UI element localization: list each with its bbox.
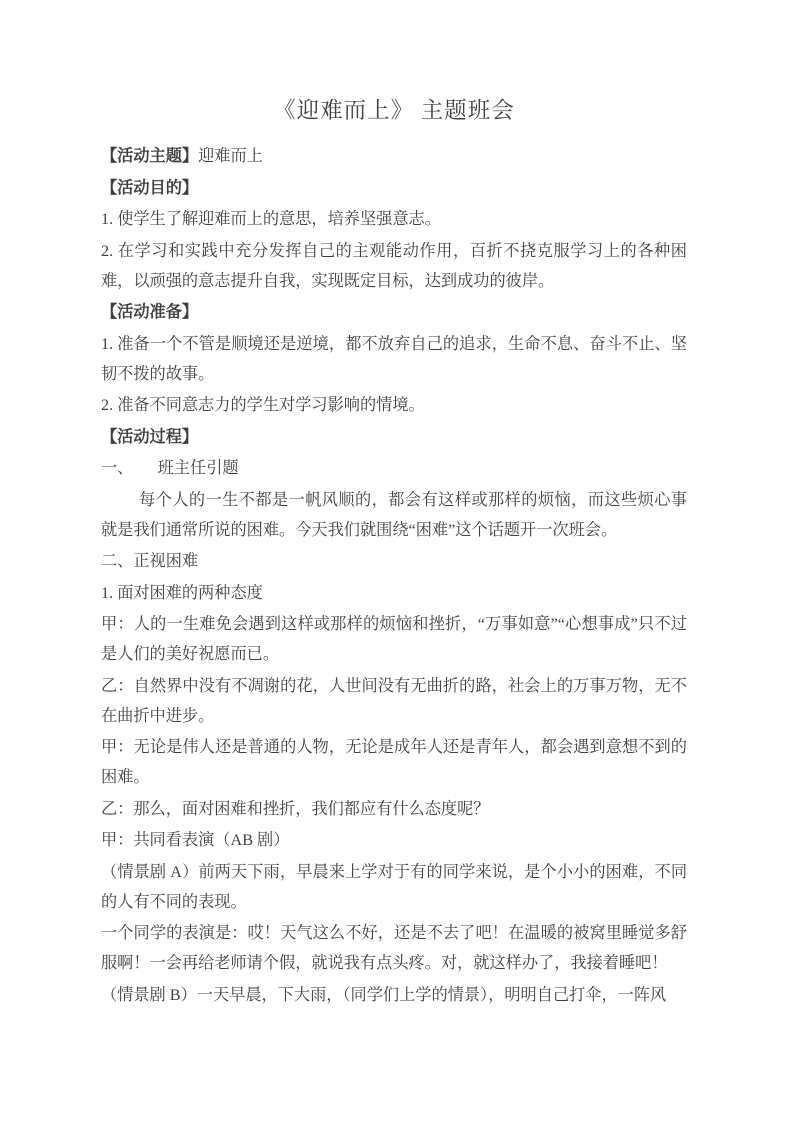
document-paragraph: （情景剧 B）一天早晨，下大雨，（同学们上学的情景），明明自己打伞，一阵风 bbox=[101, 980, 687, 1010]
paragraph-text: （情景剧 B）一天早晨，下大雨，（同学们上学的情景），明明自己打伞，一阵风 bbox=[101, 986, 666, 1004]
document-paragraph: 1. 准备一个不管是顺境还是逆境，都不放弃自己的追求，生命不息、奋斗不止、坚韧不… bbox=[101, 329, 687, 389]
document-paragraph: 甲：人的一生难免会遇到这样或那样的烦恼和挫折，“万事如意”“心想事成”只不过是人… bbox=[101, 609, 687, 669]
document-paragraph: 甲：共同看表演（AB 剧） bbox=[101, 825, 687, 855]
document-paragraph: 乙：那么，面对困难和挫折，我们都应有什么态度呢？ bbox=[101, 794, 687, 824]
document-paragraph: 乙：自然界中没有不凋谢的花，人世间没有无曲折的路，社会上的万事万物，无不在曲折中… bbox=[101, 671, 687, 731]
paragraph-text: 甲：无论是伟人还是普通的人物，无论是成年人还是青年人，都会遇到意想不到的困难。 bbox=[101, 738, 687, 786]
paragraph-text: 2. 准备不同意志力的学生对学习影响的情境。 bbox=[101, 396, 425, 414]
document-paragraph: 1. 使学生了解迎难而上的意思，培养坚强意志。 bbox=[101, 204, 687, 234]
document-paragraph: 一、 班主任引题 bbox=[101, 453, 687, 483]
paragraph-text: 乙：自然界中没有不凋谢的花，人世间没有无曲折的路，社会上的万事万物，无不在曲折中… bbox=[101, 677, 687, 725]
document-paragraph: （情景剧 A）前两天下雨，早晨来上学对于有的同学来说，是个小小的困难，不同的人有… bbox=[101, 857, 687, 917]
document-paragraph: 每个人的一生不都是一帆风顺的，都会有这样或那样的烦恼，而这些烦心事就是我们通常所… bbox=[101, 485, 687, 545]
paragraph-text: 每个人的一生不都是一帆风顺的，都会有这样或那样的烦恼，而这些烦心事就是我们通常所… bbox=[101, 491, 687, 539]
paragraph-text: 1. 使学生了解迎难而上的意思，培养坚强意志。 bbox=[101, 210, 441, 228]
document-page: 《迎难而上》 主题班会 【活动主题】迎难而上 【活动目的】 1. 使学生了解迎难… bbox=[0, 0, 793, 1122]
paragraph-text: 乙：那么，面对困难和挫折，我们都应有什么态度呢？ bbox=[101, 800, 490, 818]
document-paragraph: 【活动过程】 bbox=[101, 422, 687, 452]
document-paragraph: 【活动主题】迎难而上 bbox=[101, 141, 687, 171]
paragraph-text: 一个同学的表演是：哎！天气这么不好，还是不去了吧！在温暖的被窝里睡觉多舒服啊！一… bbox=[101, 924, 687, 972]
document-paragraph: 一个同学的表演是：哎！天气这么不好，还是不去了吧！在温暖的被窝里睡觉多舒服啊！一… bbox=[101, 918, 687, 978]
document-paragraph: 甲：无论是伟人还是普通的人物，无论是成年人还是青年人，都会遇到意想不到的困难。 bbox=[101, 732, 687, 792]
paragraph-text: 二、正视困难 bbox=[101, 552, 198, 570]
document-paragraph: 2. 准备不同意志力的学生对学习影响的情境。 bbox=[101, 390, 687, 420]
document-paragraph: 二、正视困难 bbox=[101, 546, 687, 576]
paragraph-label: 【活动主题】 bbox=[101, 147, 198, 165]
paragraph-label: 【活动过程】 bbox=[101, 428, 198, 446]
paragraph-label: 【活动目的】 bbox=[101, 179, 198, 197]
paragraph-text: （情景剧 A）前两天下雨，早晨来上学对于有的同学来说，是个小小的困难，不同的人有… bbox=[101, 863, 687, 911]
document-paragraph: 【活动目的】 bbox=[101, 173, 687, 203]
document-title: 《迎难而上》 主题班会 bbox=[101, 95, 687, 126]
paragraph-text: 迎难而上 bbox=[198, 147, 263, 165]
paragraph-text: 一、 班主任引题 bbox=[101, 459, 239, 477]
document-paragraph: 2. 在学习和实践中充分发挥自己的主观能动作用，百折不挠克服学习上的各种困难，以… bbox=[101, 236, 687, 296]
document-paragraph: 1. 面对困难的两种态度 bbox=[101, 578, 687, 608]
paragraph-text: 甲：共同看表演（AB 剧） bbox=[101, 831, 289, 849]
paragraph-text: 1. 准备一个不管是顺境还是逆境，都不放弃自己的追求，生命不息、奋斗不止、坚韧不… bbox=[101, 335, 687, 383]
paragraph-label: 【活动准备】 bbox=[101, 303, 198, 321]
document-paragraph: 【活动准备】 bbox=[101, 297, 687, 327]
paragraph-text: 甲：人的一生难免会遇到这样或那样的烦恼和挫折，“万事如意”“心想事成”只不过是人… bbox=[101, 615, 687, 663]
paragraph-text: 1. 面对困难的两种态度 bbox=[101, 584, 263, 602]
document-content: 《迎难而上》 主题班会 【活动主题】迎难而上 【活动目的】 1. 使学生了解迎难… bbox=[0, 0, 687, 1010]
paragraph-text: 2. 在学习和实践中充分发挥自己的主观能动作用，百折不挠克服学习上的各种困难，以… bbox=[101, 242, 687, 290]
